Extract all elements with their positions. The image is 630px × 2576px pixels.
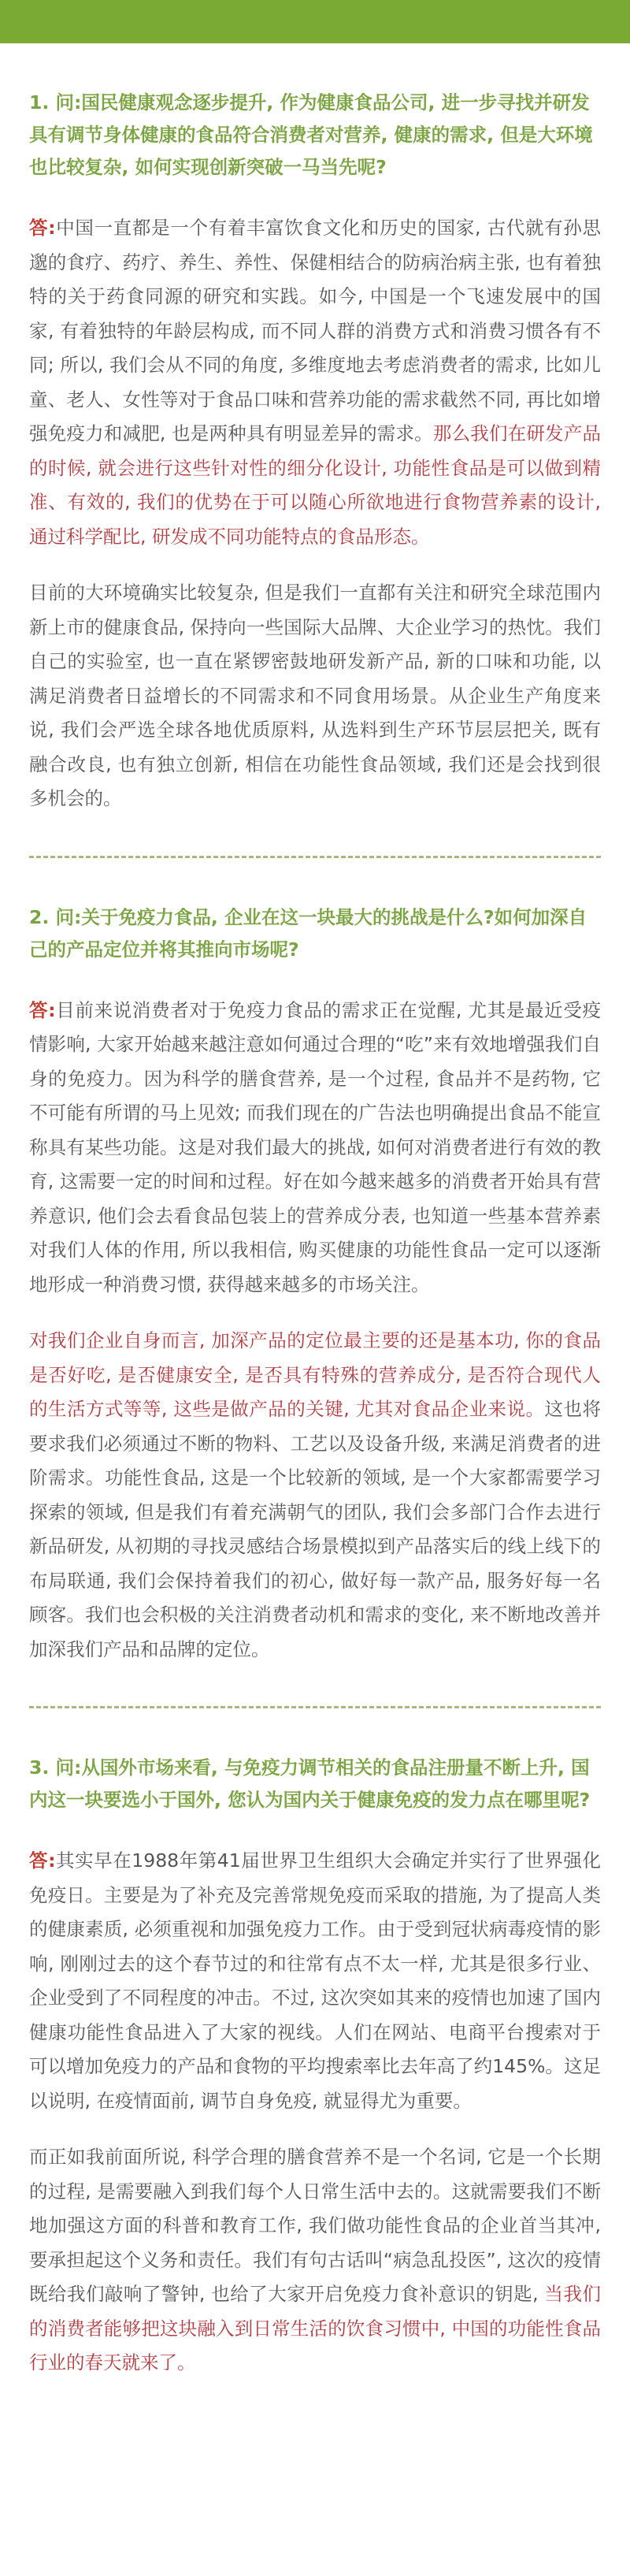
answer-text: 中国一直都是一个有着丰富饮食文化和历史的国家, 古代就有孙思邈的食疗、药疗、养生… — [29, 217, 601, 444]
answer-text: 而正如我前面所说, 科学合理的膳食营养不是一个名词, 它是一个长期的过程, 是需… — [29, 2146, 601, 2305]
answer-text: 这也将要求我们必须通过不断的物料、工艺以及设备升级, 来满足消费者的进阶需求。功… — [29, 1398, 601, 1660]
answer-3-paragraph-2: 而正如我前面所说, 科学合理的膳食营养不是一个名词, 它是一个长期的过程, 是需… — [29, 2140, 601, 2381]
qa-section-3: 3. 问:从国外市场来看, 与免疫力调节相关的食品注册量不断上升, 国内这一块要… — [29, 1752, 601, 2381]
answer-3-paragraph-1: 答:其实早在1988年第41届世界卫生组织大会确定并实行了世界强化免疫日。主要是… — [29, 1844, 601, 2118]
answer-text: 目前来说消费者对于免疫力食品的需求正在觉醒, 尤其是最近受疫情影响, 大家开始越… — [29, 999, 601, 1295]
article-body: 1. 问:国民健康观念逐步提升, 作为健康食品公司, 进一步寻找并研发具有调节身… — [29, 87, 601, 2403]
answer-label: 答: — [29, 999, 56, 1021]
answer-2-paragraph-1: 答:目前来说消费者对于免疫力食品的需求正在觉醒, 尤其是最近受疫情影响, 大家开… — [29, 994, 601, 1303]
answer-label: 答: — [29, 1849, 55, 1872]
question-2: 2. 问:关于免疫力食品, 企业在这一块最大的挑战是什么?如何加深自己的产品定位… — [29, 901, 601, 966]
qa-section-2: 2. 问:关于免疫力食品, 企业在这一块最大的挑战是什么?如何加深自己的产品定位… — [29, 901, 601, 1667]
header-bar — [0, 0, 630, 43]
qa-section-1: 1. 问:国民健康观念逐步提升, 作为健康食品公司, 进一步寻找并研发具有调节身… — [29, 87, 601, 816]
answer-1-paragraph-1: 答:中国一直都是一个有着丰富饮食文化和历史的国家, 古代就有孙思邈的食疗、药疗、… — [29, 211, 601, 554]
answer-1-paragraph-2: 目前的大环境确实比较复杂, 但是我们一直都有关注和研究全球范围内新上市的健康食品… — [29, 576, 601, 816]
answer-highlight: 对我们企业自身而言, 加深产品的定位最主要的还是基本功, 你的食品是否好吃, 是… — [29, 1329, 601, 1420]
question-3: 3. 问:从国外市场来看, 与免疫力调节相关的食品注册量不断上升, 国内这一块要… — [29, 1752, 601, 1816]
dashed-divider — [29, 1706, 601, 1708]
answer-2-paragraph-2: 对我们企业自身而言, 加深产品的定位最主要的还是基本功, 你的食品是否好吃, 是… — [29, 1324, 601, 1667]
question-1: 1. 问:国民健康观念逐步提升, 作为健康食品公司, 进一步寻找并研发具有调节身… — [29, 87, 601, 184]
dashed-divider — [29, 856, 601, 858]
answer-label: 答: — [29, 217, 56, 239]
answer-text: 其实早在1988年第41届世界卫生组织大会确定并实行了世界强化免疫日。主要是为了… — [29, 1849, 601, 2112]
